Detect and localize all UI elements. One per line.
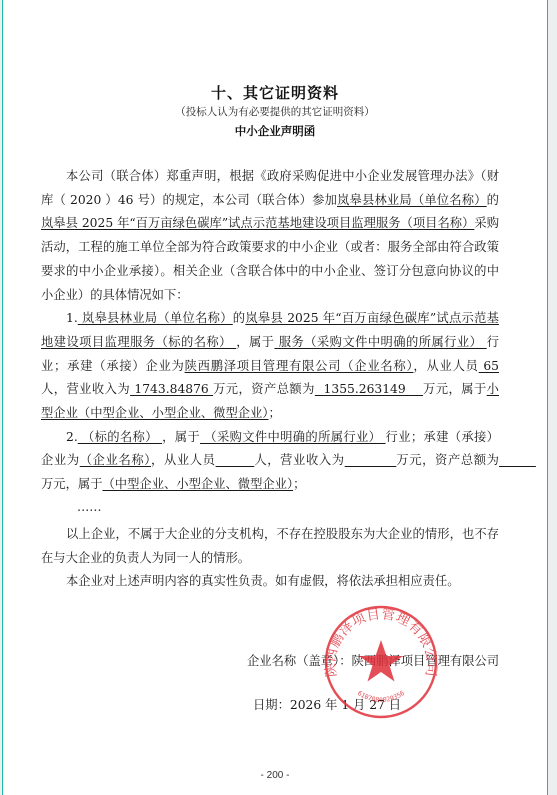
paragraph-not-large-enterprise: 以上企业，不属于大企业的分支机构，不存在控股股东为大企业的情形，也不存在与大企业…	[41, 523, 499, 570]
label-text: ，从业人员	[413, 359, 478, 373]
date-label: 日期：	[253, 698, 290, 712]
item-number: 1.	[66, 311, 78, 325]
item-revenue-blank	[345, 453, 397, 467]
item-number: 2.	[66, 430, 78, 444]
label-text: 万元，资产总额为	[213, 382, 315, 396]
item-industry: 服务（采购文件中明确的所属行业）	[274, 335, 486, 349]
signature-label: 企业名称（盖章）：	[247, 654, 352, 668]
item-buyer: 岚皋县林业局（单位名称）	[78, 311, 233, 325]
item-staff-count: 65	[479, 359, 499, 373]
item-company: 陕西鹏泽项目管理有限公司（企业名称）	[185, 359, 414, 373]
item-staff-blank	[216, 453, 255, 467]
item-lot-name: （标的名称）	[78, 430, 162, 444]
item-industry: （采购文件中明确的所属行业）	[200, 430, 386, 444]
date-line: 日期：2026 年 1 月 27 日	[253, 695, 401, 713]
page-number: - 200 -	[3, 770, 547, 781]
document-page: 十、其它证明资料 （投标人认为有必要提供的其它证明资料） 中小企业声明函 本公司…	[2, 0, 548, 795]
letter-title: 中小企业声明函	[3, 123, 547, 139]
declaration-body: 本公司（联合体）郑重声明，根据《政府采购促进中小企业发展管理办法》（财库（ 20…	[41, 165, 499, 594]
item-size-class: （中型企业、小型企业、微型企业）	[103, 477, 294, 491]
item-assets-blank	[499, 453, 536, 467]
buyer-name: 岚皋县林业局（单位名称）	[337, 193, 487, 207]
connector-text: ，属于	[236, 335, 274, 349]
paragraph-responsibility: 本企业对上述声明内容的真实性负责。如有虚假，将依法承担相应责任。	[41, 570, 499, 594]
section-title: 十、其它证明资料	[3, 82, 547, 103]
label-text: 人，营业收入为	[41, 382, 130, 396]
signature-line: 企业名称（盖章）：陕西鹏泽项目管理有限公司	[247, 651, 499, 669]
label-text: 万元，属于	[423, 382, 487, 396]
paragraph-intro: 本公司（联合体）郑重声明，根据《政府采购促进中小企业发展管理办法》（财库（ 20…	[41, 165, 499, 307]
enterprise-item-2: 2. （标的名称） ，属于 （采购文件中明确的所属行业） 行业；承建（承接）企业…	[41, 426, 499, 497]
label-text: ，从业人员	[151, 453, 216, 467]
project-name: 岚皋县 2025 年“百万亩绿色碳库”试点示范基地建设项目监理服务（项目名称）	[41, 216, 474, 230]
label-text: 人，营业收入为	[254, 453, 344, 467]
label-text: 万元，属于	[41, 477, 103, 491]
item-assets: 1355.263149	[315, 382, 423, 396]
signature-company: 陕西鹏泽项目管理有限公司	[352, 654, 500, 668]
item-company: （企业名称）	[80, 453, 151, 467]
enterprise-item-1: 1. 岚皋县林业局（单位名称）的岚皋县 2025 年“百万亩绿色碳库”试点示范基…	[41, 307, 499, 426]
punctuation: ；	[269, 406, 281, 420]
connector-text: 的	[487, 193, 499, 207]
date-value: 2026 年 1 月 27 日	[290, 698, 401, 712]
connector-text: 的	[233, 311, 246, 325]
connector-text: ，属于	[162, 430, 200, 444]
punctuation: ；	[293, 477, 305, 491]
ellipsis: ……	[41, 499, 499, 515]
section-note: （投标人认为有必要提供的其它证明资料）	[3, 104, 547, 119]
label-text: 万元，资产总额为	[396, 453, 499, 467]
item-revenue: 1743.84876	[130, 382, 213, 396]
